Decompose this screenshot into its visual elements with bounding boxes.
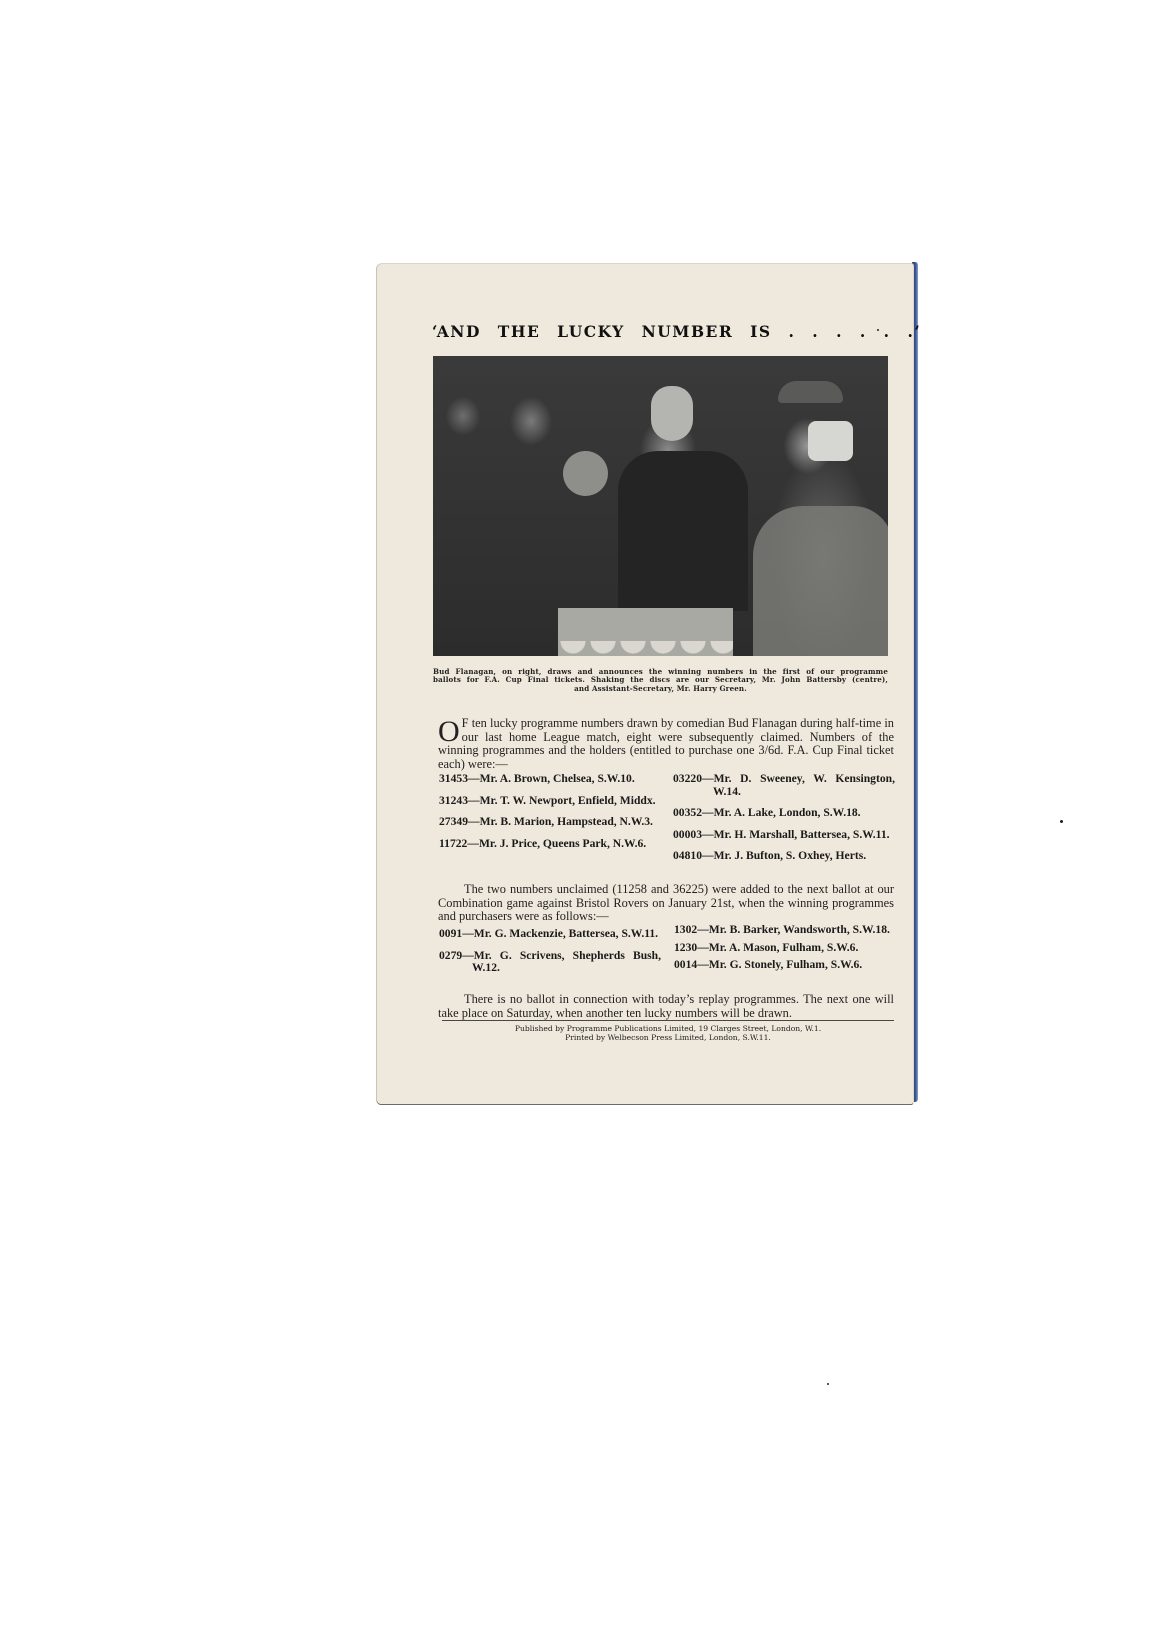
ballot-entry: 11722—Mr. J. Price, Queens Park, N.W.6.	[439, 838, 661, 851]
ballot-entry: 1302—Mr. B. Barker, Wandsworth, S.W.18.	[674, 924, 896, 937]
ballot-entry: 0091—Mr. G. Mackenzie, Battersea, S.W.11…	[439, 928, 661, 941]
scan-speck	[877, 329, 879, 331]
ballot-entry: 0014—Mr. G. Stonely, Fulham, S.W.6.	[674, 959, 896, 972]
footer-divider	[442, 1020, 894, 1021]
photo-secretary-figure	[618, 451, 748, 611]
first-ballot-left-column: 31453—Mr. A. Brown, Chelsea, S.W.10. 312…	[439, 773, 661, 859]
ballot-entry: 04810—Mr. J. Bufton, S. Oxhey, Herts.	[673, 850, 895, 863]
scan-speck	[1060, 820, 1063, 823]
first-ballot-right-column: 03220—Mr. D. Sweeney, W. Kensington, W.1…	[673, 773, 895, 872]
ballot-entry: 1230—Mr. A. Mason, Fulham, S.W.6.	[674, 942, 896, 955]
publisher-footer: Published by Programme Publications Limi…	[438, 1025, 898, 1042]
drop-cap: O	[438, 720, 460, 744]
second-ballot-left-column: 0091—Mr. G. Mackenzie, Battersea, S.W.11…	[439, 928, 661, 984]
ballot-entry: 27349—Mr. B. Marion, Hampstead, N.W.3.	[439, 816, 661, 829]
caption-line: and Assistant-Secretary, Mr. Harry Green…	[574, 684, 747, 693]
footer-line: Printed by Welbecson Press Limited, Lond…	[438, 1034, 898, 1043]
ballot-entry: 31453—Mr. A. Brown, Chelsea, S.W.10.	[439, 773, 661, 786]
photo-table-scallop	[558, 641, 733, 656]
photo-caption: Bud Flanagan, on right, draws and announ…	[433, 668, 888, 693]
ballot-entry: 00352—Mr. A. Lake, London, S.W.18.	[673, 807, 895, 820]
ballot-draw-photo	[433, 356, 888, 656]
ballot-entry: 31243—Mr. T. W. Newport, Enfield, Middx.	[439, 795, 661, 808]
ballot-entry: 0279—Mr. G. Scrivens, Shepherds Bush, W.…	[439, 950, 661, 975]
photo-assistant-head	[563, 451, 608, 496]
photo-flanagan-coat	[753, 506, 888, 656]
photo-flanagan-scarf	[808, 421, 853, 461]
second-ballot-right-column: 1302—Mr. B. Barker, Wandsworth, S.W.18. …	[674, 924, 896, 981]
photo-flanagan-cap	[778, 381, 843, 403]
intro-text: F ten lucky programme numbers drawn by c…	[438, 716, 894, 771]
unclaimed-paragraph: The two numbers unclaimed (11258 and 362…	[438, 883, 894, 924]
scan-speck	[827, 1383, 829, 1385]
intro-paragraph: OF ten lucky programme numbers drawn by …	[438, 717, 894, 771]
photo-secretary-face	[651, 386, 693, 441]
closing-paragraph: There is no ballot in connection with to…	[438, 993, 894, 1020]
ballot-entry: 03220—Mr. D. Sweeney, W. Kensington, W.1…	[673, 773, 895, 798]
ballot-entry: 00003—Mr. H. Marshall, Battersea, S.W.11…	[673, 829, 895, 842]
page-title: ‘AND THE LUCKY NUMBER IS . . . . . .’	[432, 322, 892, 341]
